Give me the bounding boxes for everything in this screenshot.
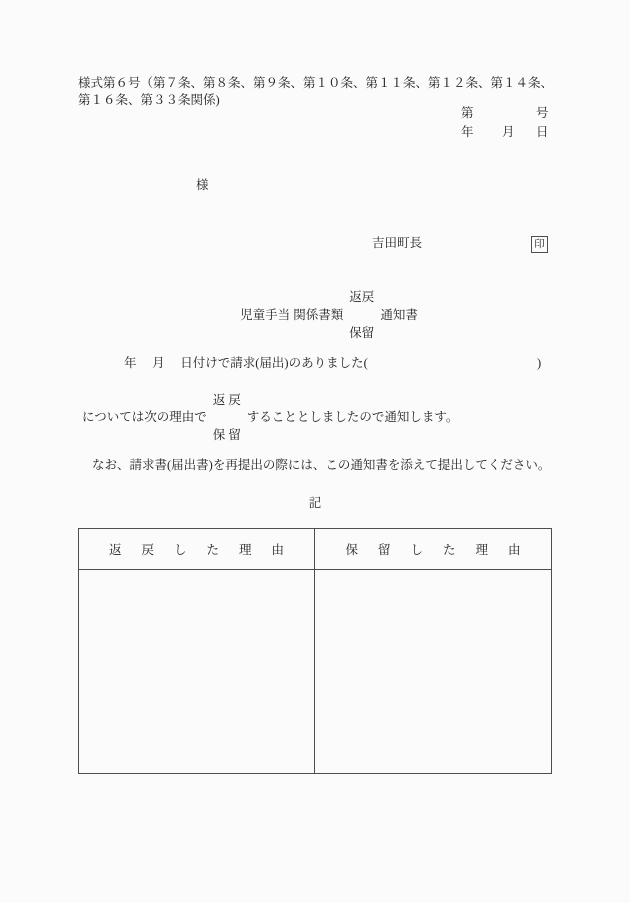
- form-style-note-line2: 第１６条、第３３条関係): [78, 92, 220, 108]
- reason-table-header-held-label: 保留した理由: [345, 540, 540, 558]
- reason-right-text: することとしましたので通知します。: [247, 409, 459, 425]
- reason-table-header-held: 保留した理由: [315, 529, 551, 570]
- title-option-horyu: 保留: [349, 325, 374, 341]
- date-month-label: 月: [502, 124, 515, 140]
- seal-box: 印: [531, 236, 548, 253]
- notification-form-page: 様式第６号（第７条、第８条、第９条、第１０条、第１１条、第１２条、第１４条、 第…: [0, 0, 630, 903]
- addressee-honorific: 様: [196, 177, 209, 193]
- title-option-henrei: 返戻: [349, 289, 374, 305]
- record-heading: 記: [0, 495, 630, 511]
- title-left-text: 児童手当 関係書類: [240, 307, 343, 323]
- title-option-stack: 返戻 保留: [349, 289, 374, 341]
- issuer-title: 吉田町長: [372, 235, 422, 251]
- date-year-label: 年: [461, 124, 474, 140]
- reason-sentence-line: については次の理由で 返 戻 保 留 することとしましたので通知します。: [82, 395, 458, 439]
- reason-option-horyu: 保 留: [213, 427, 241, 443]
- doc-number-prefix: 第: [461, 105, 474, 121]
- doc-number-suffix: 号: [536, 105, 549, 121]
- document-title-line: 児童手当 関係書類 返戻 保留 通知書: [14, 293, 630, 337]
- resubmission-note: なお、請求書(届出書)を再提出の際には、この通知書を添えて提出してください。: [92, 457, 550, 473]
- reason-table-body-returned: [79, 570, 315, 773]
- reason-option-stack: 返 戻 保 留: [213, 392, 241, 443]
- reason-table-header-returned: 返戻した理由: [79, 529, 315, 570]
- reason-left-text: については次の理由で: [82, 409, 207, 425]
- title-right-text: 通知書: [380, 307, 418, 323]
- reason-table-body-held: [315, 570, 551, 773]
- reason-table-header-returned-label: 返戻した理由: [109, 540, 304, 558]
- reason-option-henrei: 返 戻: [213, 392, 241, 408]
- request-date-sentence: 年 月 日付けで請求(届出)のありました(: [124, 355, 368, 371]
- date-day-label: 日: [536, 124, 549, 140]
- reason-table: 返戻した理由 保留した理由: [78, 528, 552, 774]
- form-style-note-line1: 様式第６号（第７条、第８条、第９条、第１０条、第１１条、第１２条、第１４条、: [78, 75, 553, 91]
- request-closing-paren: ): [537, 355, 541, 371]
